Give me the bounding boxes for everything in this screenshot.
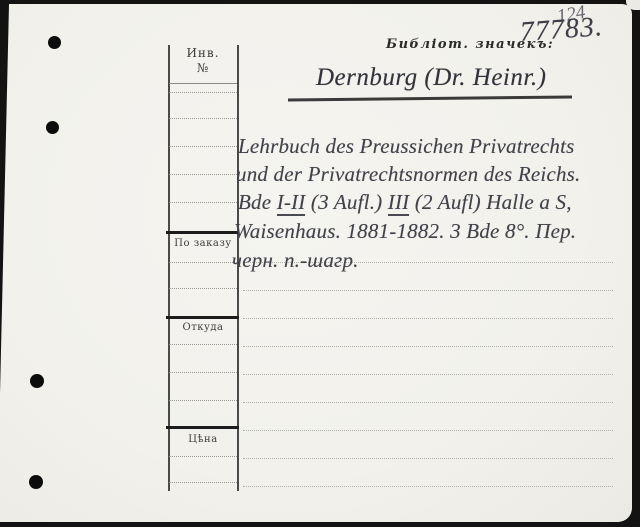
hole-punch	[48, 36, 61, 49]
ruled-line	[169, 372, 237, 373]
ruled-line	[243, 402, 613, 403]
author-underline	[288, 96, 572, 101]
section-divider	[166, 426, 239, 429]
volume-numerals: I-II	[277, 190, 306, 216]
ruled-line	[169, 400, 237, 401]
ruled-line	[243, 430, 613, 431]
ruled-line	[169, 118, 237, 119]
scanned-catalog-card-page: { "card_kind": "library-catalog-card", "…	[0, 0, 640, 527]
hole-punch	[29, 475, 43, 489]
entry-text: Bde	[238, 190, 277, 214]
ruled-line	[243, 346, 613, 347]
section-divider	[166, 231, 239, 234]
author-heading: Dernburg (Dr. Heinr.)	[316, 64, 546, 92]
catalog-entry-line: Waisenhaus. 1881-1882. 3 Bde 8°. Пер.	[234, 219, 576, 244]
ruled-line	[243, 374, 613, 375]
shelf-number: 77783.	[519, 11, 604, 49]
ruled-line	[169, 456, 237, 457]
catalog-entry-line: und der Privatrechtsnormen des Reichs.	[236, 162, 581, 187]
ruled-line	[243, 486, 613, 487]
hole-punch	[46, 121, 59, 134]
catalog-entry-line: черн. п.-шагр.	[232, 248, 359, 273]
ruled-line	[169, 83, 237, 84]
ruled-line	[169, 288, 237, 289]
ruled-line	[169, 92, 237, 93]
label-by-order: По заказу	[168, 238, 238, 249]
label-from-where: Откуда	[168, 322, 238, 333]
entry-text: (2 Aufl) Halle a S,	[409, 190, 571, 214]
label-price: Цѣна	[168, 434, 238, 445]
label-inventory-number-sign: №	[168, 61, 238, 75]
ruled-line	[169, 262, 237, 263]
catalog-card: Инв. № По заказу Откуда Цѣна 124 Библіот…	[0, 4, 632, 522]
catalog-entry-line: Lehrbuch des Preussichen Privatrechts	[238, 134, 575, 159]
ruled-line	[169, 202, 237, 203]
entry-text: (3 Aufl.)	[305, 190, 387, 214]
volume-numerals: III	[388, 190, 410, 216]
ruled-line	[243, 290, 613, 291]
ruled-line	[169, 344, 237, 345]
ruled-line	[169, 146, 237, 147]
column-left-border	[168, 45, 170, 491]
ruled-line	[243, 318, 613, 319]
hole-punch	[30, 374, 44, 388]
ruled-line	[243, 458, 613, 459]
label-inventory: Инв.	[168, 46, 238, 60]
ruled-line	[169, 174, 237, 175]
ruled-line	[169, 482, 237, 483]
section-divider	[166, 316, 239, 319]
scan-edge-shadow	[0, 4, 9, 394]
catalog-entry-line: Bde I-II (3 Aufl.) III (2 Aufl) Halle a …	[238, 190, 572, 215]
